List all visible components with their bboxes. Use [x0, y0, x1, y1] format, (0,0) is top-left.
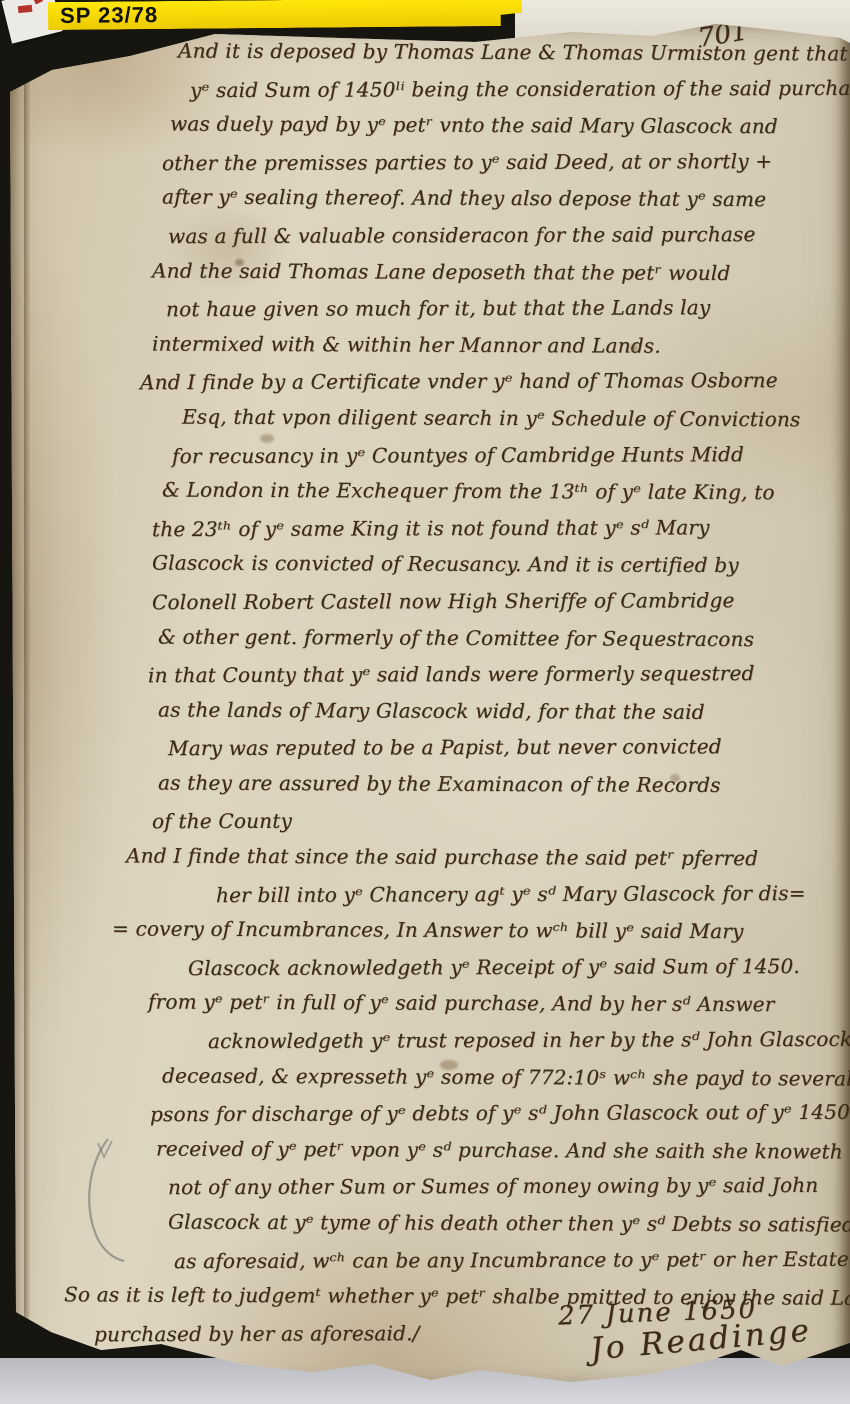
manuscript-line: the 23ᵗʰ of yᵉ same King it is not found…: [152, 509, 840, 548]
gutter-crease: [24, 74, 30, 1354]
photographed-manuscript: { "label": { "text": "SP 23/78" }, "page…: [0, 0, 850, 1404]
manuscript-line: Esq, that vpon diligent search in yᵉ Sch…: [182, 399, 840, 438]
manuscript-line: yᵉ said Sum of 1450ˡⁱ being the consider…: [190, 69, 840, 108]
foxing-spot: [440, 1060, 458, 1070]
manuscript-line: was a full & valuable consideracon for t…: [168, 216, 840, 255]
manuscript-line: And I finde by a Certificate vnder yᵉ ha…: [140, 362, 840, 401]
manuscript-text-block: And it is deposed by Thomas Lane & Thoma…: [140, 34, 840, 1351]
manuscript-line: other the premisses parties to yᵉ said D…: [162, 143, 840, 182]
manuscript-line: Glascock is convicted of Recusancy. And …: [152, 545, 840, 585]
manuscript-line: & other gent. formerly of the Comittee f…: [158, 618, 840, 658]
foxing-spot: [260, 434, 274, 443]
archive-reference-label: SP 23/78: [48, 0, 522, 30]
manuscript-line: acknowledgeth yᵉ trust reposed in her by…: [208, 1021, 840, 1060]
manuscript-line: her bill into yᵉ Chancery agᵗ yᵉ sᵈ Mary…: [216, 875, 840, 914]
manuscript-line: intermixed with & within her Mannor and …: [152, 325, 840, 365]
manuscript-line: as aforesaid, wᶜʰ can be any Incumbrance…: [174, 1240, 840, 1279]
manuscript-line: from yᵉ petʳ in full of yᵉ said purchase…: [148, 984, 840, 1024]
manuscript-line: of the County: [152, 801, 840, 840]
foxing-spot: [630, 344, 638, 352]
manuscript-line: after yᵉ sealing thereof. And they also …: [162, 179, 840, 219]
manuscript-line: not of any other Sum or Sumes of money o…: [168, 1167, 840, 1206]
foxing-spot: [670, 774, 680, 782]
manuscript-line: deceased, & expresseth yᵉ some of 772:10…: [162, 1057, 840, 1097]
manuscript-line: And the said Thomas Lane deposeth that t…: [152, 252, 840, 292]
manuscript-line: as the lands of Mary Glascock widd, for …: [158, 691, 840, 731]
manuscript-line: & London in the Exchequer from the 13ᵗʰ …: [162, 472, 840, 512]
manuscript-line: Mary was reputed to be a Papist, but nev…: [168, 728, 840, 767]
manuscript-line: And I finde that since the said purchase…: [126, 838, 840, 878]
manuscript-line: not haue given so much for it, but that …: [166, 289, 840, 328]
manuscript-line: was duely payd by yᵉ petʳ vnto the said …: [170, 106, 840, 146]
manuscript-line: psons for discharge of yᵉ debts of yᵉ sᵈ…: [150, 1094, 840, 1133]
manuscript-line: as they are assured by the Examinacon of…: [158, 764, 840, 804]
manuscript-line: received of yᵉ petʳ vpon yᵉ sᵈ purchase.…: [156, 1130, 840, 1170]
foxing-spot: [235, 259, 244, 266]
red-mark: [34, 0, 43, 4]
red-mark: [18, 5, 33, 13]
manuscript-line: in that County that yᵉ said lands were f…: [148, 655, 840, 694]
pencil-mark: [78, 1135, 148, 1275]
archive-reference-text: SP 23/78: [60, 2, 158, 29]
manuscript-line: And it is deposed by Thomas Lane & Thoma…: [178, 33, 840, 72]
manuscript-line: Glascock at yᵉ tyme of his death other t…: [168, 1204, 840, 1244]
manuscript-line: Colonell Robert Castell now High Sheriff…: [152, 582, 840, 621]
manuscript-line: = covery of Incumbrances, In Answer to w…: [112, 911, 840, 951]
manuscript-line: Glascock acknowledgeth yᵉ Receipt of yᵉ …: [188, 948, 840, 987]
